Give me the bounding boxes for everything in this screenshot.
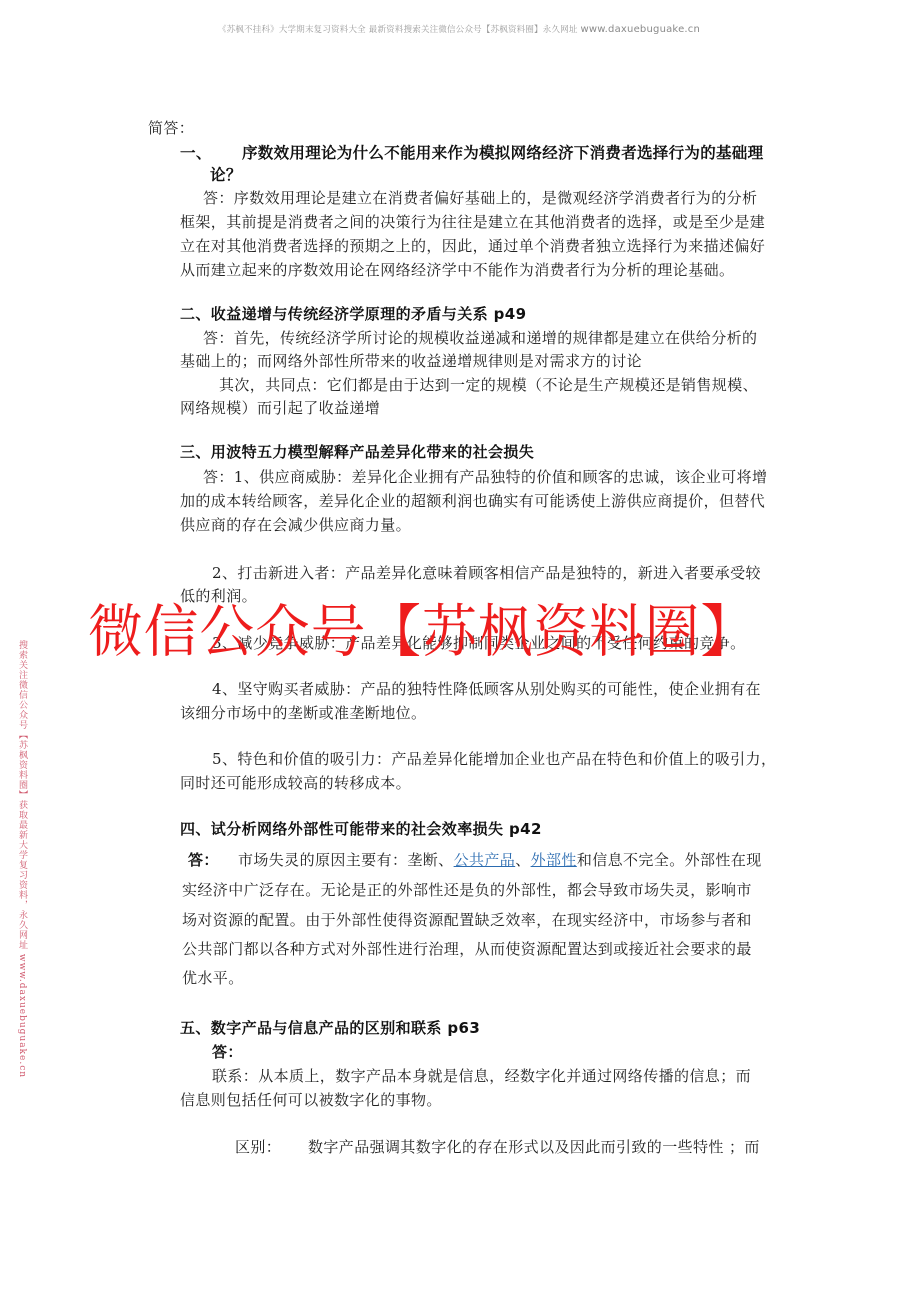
q3-answer-line: 加的成本转给顾客，差异化企业的超额利润也确实有可能诱使上游供应商提价，但替代 xyxy=(180,490,765,511)
q1-answer-line: 答：序数效用理论是建立在消费者偏好基础上的，是微观经济学消费者行为的分析 xyxy=(203,187,757,208)
q3-point3-line: 3、减少竞争威胁：产品差异化能够抑制同类企业之间的不受任何约束的竞争。 xyxy=(212,632,746,653)
q3-point2-line: 2、打击新进入者：产品差异化意味着顾客相信产品是独特的，新进入者要承受较 xyxy=(212,562,761,583)
q3-title: 三、用波特五力模型解释产品差异化带来的社会损失 xyxy=(180,441,534,462)
q1-title-line2: 论？ xyxy=(210,163,242,185)
q4-answer-text: 市场失灵的原因主要有：垄断、 xyxy=(238,851,454,869)
link-public-goods[interactable]: 公共产品 xyxy=(454,851,516,869)
q3-point4-line: 4、坚守购买者威胁：产品的独特性降低顾客从别处购买的可能性，使企业拥有在 xyxy=(212,678,761,699)
q4-answer-line: 实经济中广泛存在。无论是正的外部性还是负的外部性，都会导致市场失灵，影响市 xyxy=(182,879,752,900)
q2-answer-line: 其次，共同点：它们都是由于达到一定的规模（不论是生产规模还是销售规模、 xyxy=(219,374,758,395)
q5-difference-text: 数字产品强调其数字化的存在形式以及因此而引致的一些特性 ；而 xyxy=(308,1136,760,1157)
side-vertical-note: 搜索关注微信公众号【苏枫资料圈】获取最新大学复习资料，永久网址 www.daxu… xyxy=(14,640,28,1078)
q1-answer-line: 从而建立起来的序数效用论在网络经济学中不能作为消费者行为分析的理论基础。 xyxy=(180,259,734,280)
q3-answer-line: 供应商的存在会减少供应商力量。 xyxy=(180,514,411,535)
header-banner: 《苏枫不挂科》大学期末复习资料大全 最新资料搜索关注微信公众号【苏枫资料圈】永久… xyxy=(0,23,918,35)
q4-answer-line: 公共部门都以各种方式对外部性进行治理，从而使资源配置达到或接近社会要求的最 xyxy=(182,938,752,959)
q3-point2-line: 低的利润。 xyxy=(180,585,257,606)
q1-number: 一、 xyxy=(180,141,212,163)
q5-title: 五、数字产品与信息产品的区别和联系 p63 xyxy=(180,1017,480,1038)
link-externality[interactable]: 外部性 xyxy=(531,851,577,869)
section-label: 简答： xyxy=(148,117,194,138)
q1-title-line1: 序数效用理论为什么不能用来作为模拟网络经济下消费者选择行为的基础理 xyxy=(242,141,763,163)
q4-answer-line: 优水平。 xyxy=(182,967,244,988)
header-banner-text: 《苏枫不挂科》大学期末复习资料大全 最新资料搜索关注微信公众号【苏枫资料圈】永久… xyxy=(218,25,578,35)
q2-title: 二、收益递增与传统经济学原理的矛盾与关系 p49 xyxy=(180,303,526,324)
q4-separator: 、 xyxy=(515,851,530,869)
q2-answer-line: 基础上的；而网络外部性所带来的收益递增规律则是对需求方的讨论 xyxy=(180,350,642,371)
q4-answer-line1: 答： 市场失灵的原因主要有：垄断、公共产品、外部性和信息不完全。外部性在现 xyxy=(188,849,762,870)
q1-answer-line: 框架，其前提是消费者之间的决策行为往往是建立在其他消费者的选择，或是至少是建 xyxy=(180,211,765,232)
q4-answer-text: 和信息不完全。外部性在现 xyxy=(577,851,762,869)
q1-answer-line: 立在对其他消费者选择的预期之上的，因此，通过单个消费者独立选择行为来描述偏好 xyxy=(180,235,765,256)
q4-title: 四、试分析网络外部性可能带来的社会效率损失 p42 xyxy=(180,818,542,839)
q4-answer-line: 场对资源的配置。由于外部性使得资源配置缺乏效率，在现实经济中，市场参与者和 xyxy=(182,909,752,930)
q5-relation-line: 信息则包括任何可以被数字化的事物。 xyxy=(180,1089,442,1110)
q4-answer-label: 答： xyxy=(188,851,219,869)
q2-answer-line: 答：首先，传统经济学所讨论的规模收益递减和递增的规律都是建立在供给分析的 xyxy=(203,327,757,348)
q3-answer-line: 答：1、供应商威胁：差异化企业拥有产品独特的价值和顾客的忠诚，该企业可将增 xyxy=(203,466,767,487)
q3-point5-line: 同时还可能形成较高的转移成本。 xyxy=(180,772,411,793)
q5-difference-label: 区别： xyxy=(235,1136,281,1157)
header-banner-url[interactable]: www.daxuebuguake.cn xyxy=(580,24,700,35)
q5-answer-label: 答： xyxy=(212,1041,243,1062)
q3-point4-line: 该细分市场中的垄断或准垄断地位。 xyxy=(180,702,426,723)
q3-point5-line: 5、特色和价值的吸引力：产品差异化能增加企业也产品在特色和价值上的吸引力， xyxy=(212,748,776,769)
q5-relation-line: 联系：从本质上，数字产品本身就是信息，经数字化并通过网络传播的信息；而 xyxy=(212,1065,751,1086)
q2-answer-line: 网络规模）而引起了收益递增 xyxy=(180,397,380,418)
